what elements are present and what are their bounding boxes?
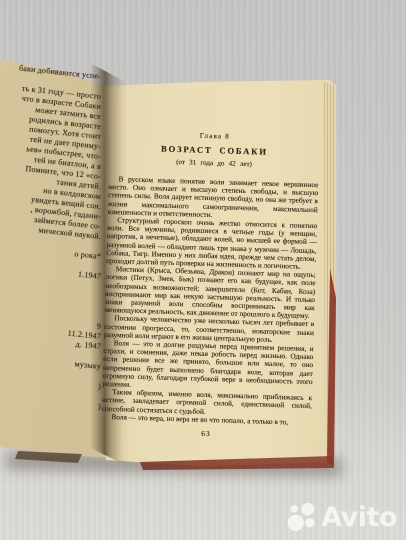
body-paragraph: Мистики (Крыса, Обезьяна, Дракон) познаю… xyxy=(104,265,315,320)
right-page-text: Глава 8 ВОЗРАСТ СОБАКИ (от 31 года до 42… xyxy=(101,129,320,441)
avito-watermark: Avito xyxy=(287,502,397,533)
body-paragraph: Воля — это и долгие раздумья перед приня… xyxy=(102,339,313,394)
avito-logo-icon xyxy=(287,502,318,533)
body-paragraph: Структурный гороскоп очень жестко относи… xyxy=(106,216,317,271)
body-text: В русском языке понятие воли занимает не… xyxy=(101,175,318,427)
left-page-text: баки добиваются успе- ть к 31 году — про… xyxy=(0,72,101,412)
chapter-subtitle: (от 31 года до 42 лет) xyxy=(109,156,319,170)
photo-of-open-book: баки добиваются успе- ть к 31 году — про… xyxy=(0,0,406,540)
avito-wordmark: Avito xyxy=(321,504,397,531)
chapter-title: ВОЗРАСТ СОБАКИ xyxy=(109,142,319,158)
